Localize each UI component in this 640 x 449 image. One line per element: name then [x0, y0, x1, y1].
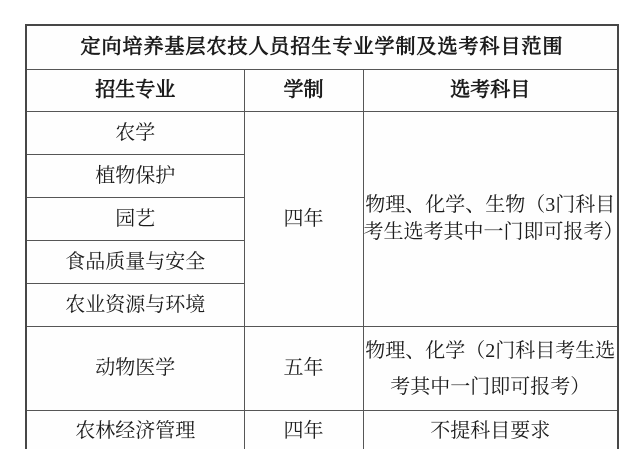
major-cell: 植物保护 [26, 155, 244, 198]
duration-cell: 五年 [244, 327, 363, 411]
duration-cell: 四年 [244, 411, 363, 449]
table-row: 农林经济管理 四年 不提科目要求 [26, 411, 618, 449]
major-cell: 食品质量与安全 [26, 241, 244, 284]
column-header-subjects: 选考科目 [363, 70, 618, 112]
major-cell: 农林经济管理 [26, 411, 244, 449]
major-cell: 农学 [26, 112, 244, 155]
table-row: 农学 四年 物理、化学、生物（3门科目考生选考其中一门即可报考） [26, 112, 618, 155]
subjects-cell: 不提科目要求 [363, 411, 618, 449]
table-row: 动物医学 五年 物理、化学（2门科目考生选考其中一门即可报考） [26, 327, 618, 411]
table-title: 定向培养基层农技人员招生专业学制及选考科目范围 [26, 25, 618, 70]
document-page: 定向培养基层农技人员招生专业学制及选考科目范围 招生专业 学制 选考科目 农学 … [0, 0, 640, 449]
subjects-cell: 物理、化学（2门科目考生选考其中一门即可报考） [363, 327, 618, 411]
major-cell: 动物医学 [26, 327, 244, 411]
admission-majors-table: 定向培养基层农技人员招生专业学制及选考科目范围 招生专业 学制 选考科目 农学 … [25, 24, 619, 449]
title-row: 定向培养基层农技人员招生专业学制及选考科目范围 [26, 25, 618, 70]
major-cell: 园艺 [26, 198, 244, 241]
column-header-major: 招生专业 [26, 70, 244, 112]
column-header-duration: 学制 [244, 70, 363, 112]
major-cell: 农业资源与环境 [26, 284, 244, 327]
duration-cell-merged: 四年 [244, 112, 363, 327]
subjects-cell-merged: 物理、化学、生物（3门科目考生选考其中一门即可报考） [363, 112, 618, 327]
header-row: 招生专业 学制 选考科目 [26, 70, 618, 112]
